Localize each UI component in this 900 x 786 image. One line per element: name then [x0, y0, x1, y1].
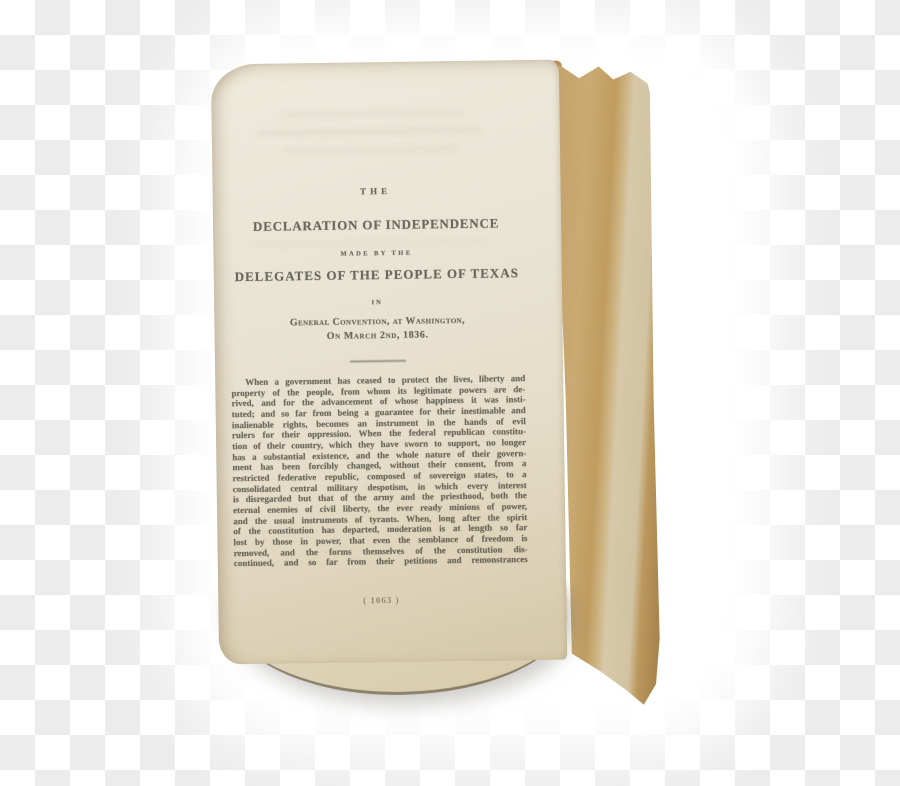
- heading-in-word: IN: [230, 297, 524, 308]
- heading-title-line2: DELEGATES OF THE PEOPLE OF TEXAS: [230, 265, 524, 285]
- screenshot-canvas: THE DECLARATION OF INDEPENDENCE MADE BY …: [0, 0, 900, 786]
- heading-title-line1: DECLARATION OF INDEPENDENCE: [229, 215, 523, 235]
- heading-made-by: MADE BY THE: [229, 248, 523, 259]
- book-page: THE DECLARATION OF INDEPENDENCE MADE BY …: [211, 60, 567, 665]
- divider-rule: [350, 360, 406, 363]
- page-number: ( 1063 ): [234, 593, 528, 607]
- heading-convention-line2: On March 2nd, 1836.: [231, 328, 525, 343]
- book-photo: THE DECLARATION OF INDEPENDENCE MADE BY …: [0, 0, 900, 786]
- body-paragraph: When a government has ceased to protect …: [231, 373, 528, 569]
- page-text-area: THE DECLARATION OF INDEPENDENCE MADE BY …: [227, 60, 529, 664]
- heading-convention-line1: General Convention, at Washington,: [230, 314, 524, 329]
- heading-kicker: THE: [229, 184, 523, 198]
